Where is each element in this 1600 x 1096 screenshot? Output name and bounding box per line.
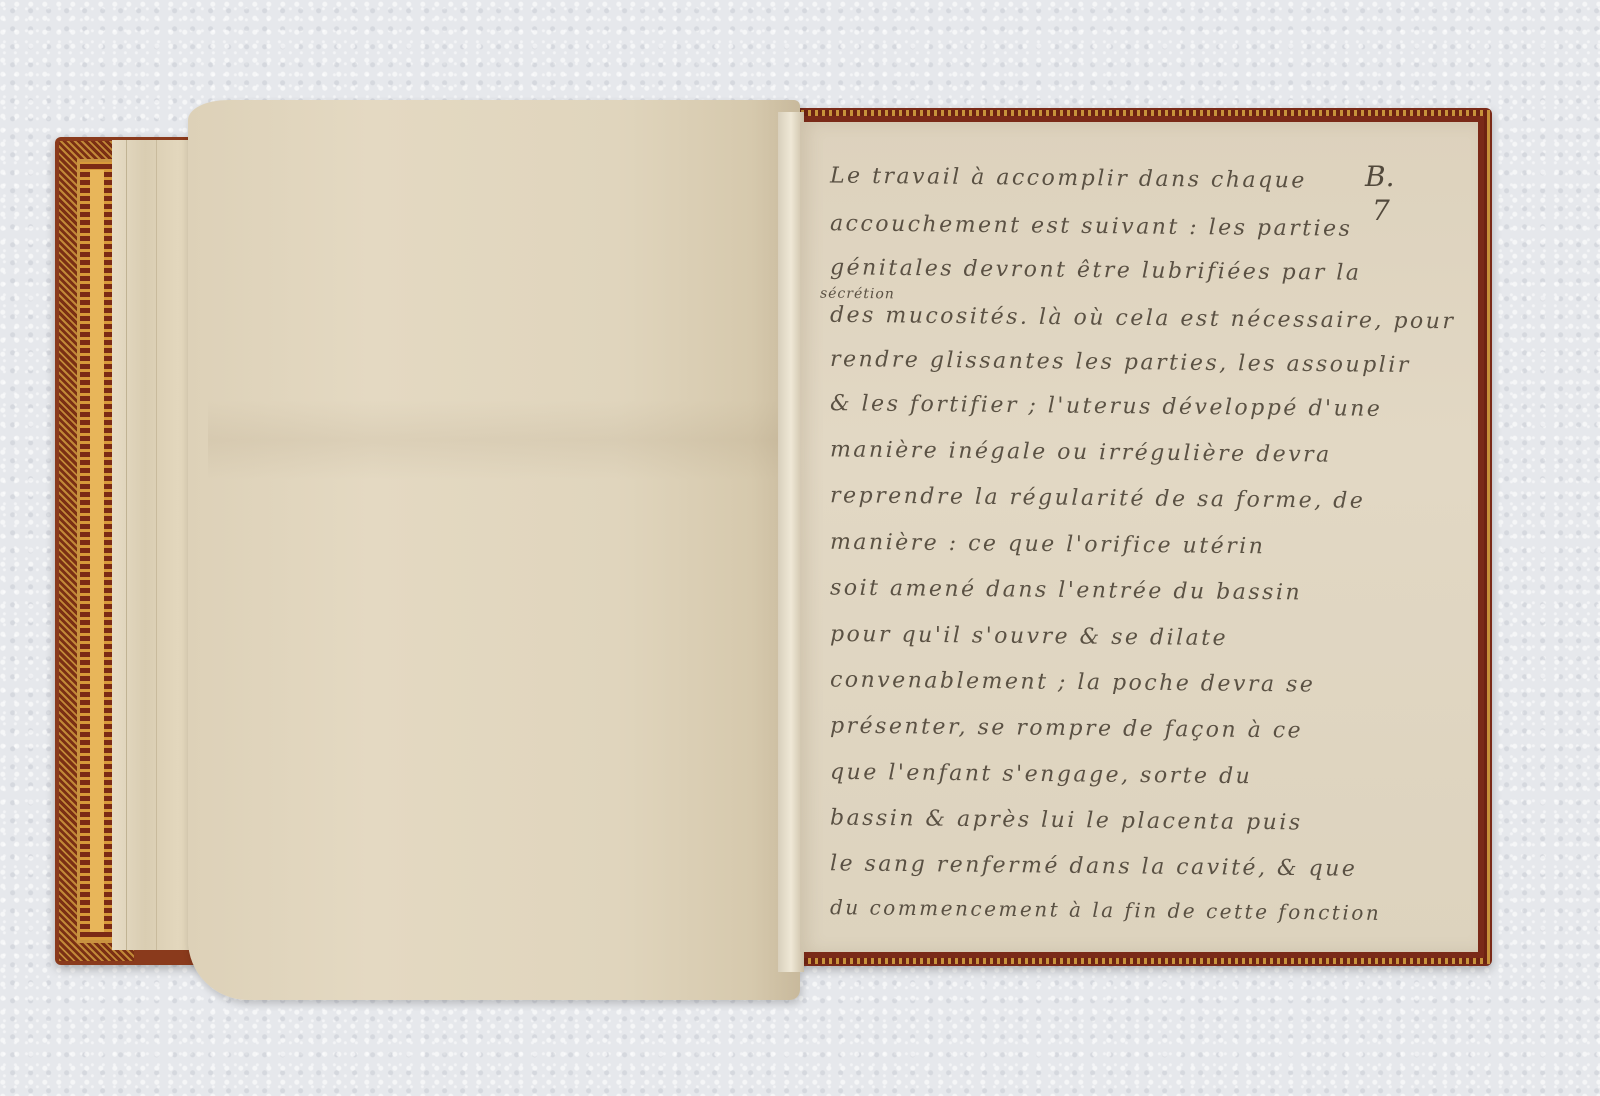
manuscript-line: que l'enfant s'engage, sorte du — [830, 760, 1253, 789]
manuscript-line: soit amené dans l'entrée du bassin — [830, 576, 1302, 606]
right-handwritten-page: B. 7 Le travail à accomplir dans chaque … — [800, 122, 1478, 952]
manuscript-line: convenablement ; la poche devra se — [830, 667, 1316, 697]
manuscript-line: du commencement à la fin de cette foncti… — [830, 895, 1381, 925]
manuscript-line: Le travail à accomplir dans chaque — [830, 164, 1307, 194]
manuscript-line: pour qu'il s'ouvre & se dilate — [830, 622, 1228, 651]
manuscript-line: & les fortifier ; l'uterus développé d'u… — [830, 391, 1383, 422]
manuscript-line: manière : ce que l'orifice utérin — [830, 530, 1266, 560]
manuscript-line: présenter, se rompre de façon à ce — [830, 714, 1303, 744]
manuscript-interlinear: sécrétion — [820, 286, 895, 303]
manuscript-line: le sang renfermé dans la cavité, & que — [830, 851, 1358, 882]
manuscript-line: rendre glissantes les parties, les assou… — [830, 347, 1411, 378]
manuscript-line: des mucosités. là où cela est nécessaire… — [830, 303, 1456, 335]
manuscript-line: génitales devront être lubrifiées par la — [830, 255, 1362, 286]
folio-number: 7 — [1372, 194, 1390, 227]
left-blank-page — [188, 100, 800, 1000]
manuscript-line: manière inégale ou irrégulière devra — [830, 437, 1332, 467]
folio-letter: B. — [1365, 160, 1394, 193]
photo-scene: B. 7 Le travail à accomplir dans chaque … — [0, 0, 1600, 1096]
manuscript-line: bassin & après lui le placenta puis — [830, 806, 1303, 836]
manuscript-line: accouchement est suivant : les parties — [830, 211, 1353, 241]
page-fold-shadow — [208, 400, 800, 480]
manuscript-line: reprendre la régularité de sa forme, de — [830, 483, 1366, 514]
